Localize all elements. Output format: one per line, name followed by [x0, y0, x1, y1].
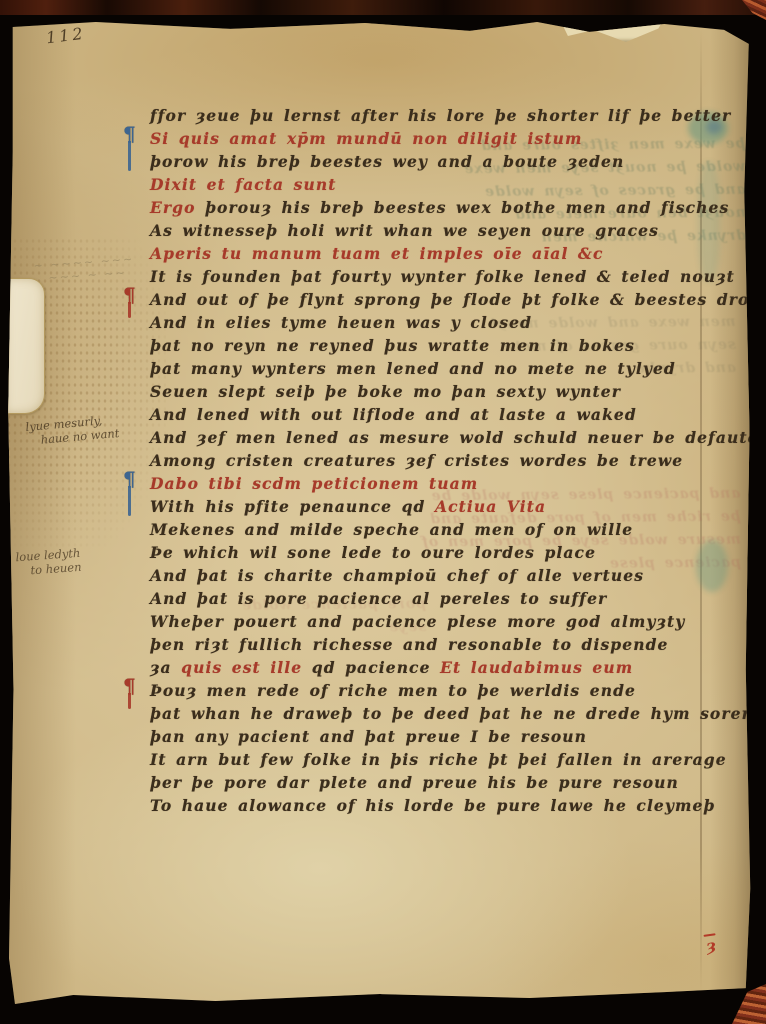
book-binding-edge	[0, 0, 766, 15]
manuscript-line: þer þe pore dar plete and preue his be p…	[150, 771, 734, 794]
text-segment-ink: qd pacience	[312, 658, 440, 677]
manuscript-line: ffor ȝeue þu lernst after his lore þe sh…	[150, 104, 734, 127]
text-segment-ink: And out of þe flynt sprong þe flode þt f…	[150, 290, 766, 309]
manuscript-line: With his pfite penaunce qd Actiua Vita	[150, 495, 734, 518]
manuscript-line: And lened with out liflode and at laste …	[150, 403, 734, 426]
manuscript-page: þe wexe men ȝiftes oure and wolde þe nou…	[6, 12, 754, 1008]
text-segment-ink: þat whan he draweþ to þe deed þat he ne …	[150, 704, 751, 723]
text-segment-ink: To haue alowance of his lorde be pure la…	[150, 796, 715, 815]
manuscript-line: ȝa quis est ille qd pacience Et laudabim…	[150, 656, 734, 679]
manuscript-line: Among cristen creatures ȝef cristes word…	[150, 449, 734, 472]
text-segment-ink: And þat is charite champioū chef of alle…	[150, 566, 644, 585]
text-segment-red: Dabo tibi scdm peticionem tuam	[150, 474, 478, 493]
manuscript-line: ¶Dabo tibi scdm peticionem tuam	[150, 472, 734, 495]
manuscript-line: þen riȝt fullich richesse and resonable …	[150, 633, 734, 656]
text-segment-ink: þorouȝ his breþ beestes wex bothe men an…	[205, 198, 729, 217]
parchment-tear	[554, 12, 670, 42]
manuscript-line: ¶Si quis amat xp̄m mundū non diligit ist…	[150, 127, 734, 150]
text-segment-ink: With his pfite penaunce qd	[150, 497, 435, 516]
cover-fabric-bottom-right	[732, 984, 766, 1024]
manuscript-line: And in elies tyme heuen was y closed	[150, 311, 734, 334]
manuscript-line: Aperis tu manum tuam et imples oīe aīal …	[150, 242, 734, 265]
blue-paraph-icon: ¶	[123, 124, 137, 144]
manuscript-line: ¶Þouȝ men rede of riche men to þe werldi…	[150, 679, 734, 702]
text-segment-ink: ȝa	[150, 658, 181, 677]
text-segment-ink: It is founden þat fourty wynter folke le…	[150, 267, 735, 286]
red-paraph-icon: ¶	[123, 285, 137, 305]
text-segment-ink: And ȝef men lened as mesure wold schuld …	[150, 428, 759, 447]
text-segment-ink: ffor ȝeue þu lernst after his lore þe sh…	[150, 106, 731, 125]
manuscript-line: þat no reyn ne reyned þus wratte men in …	[150, 334, 734, 357]
manuscript-line: Dixit et facta sunt	[150, 173, 734, 196]
text-segment-ink: þat no reyn ne reyned þus wratte men in …	[150, 336, 635, 355]
text-segment-red: quis est ille	[181, 658, 312, 677]
parchment-repair-patch	[6, 278, 45, 414]
manuscript-line: As witnesseþ holi writ whan we seyen our…	[150, 219, 734, 242]
manuscript-line: þat many wynters men lened and no mete n…	[150, 357, 734, 380]
manuscript-line: Seuen slept seiþ þe boke mo þan sexty wy…	[150, 380, 734, 403]
manuscript-line: Wheþer pouert and pacience plese more go…	[150, 610, 734, 633]
manuscript-line: It is founden þat fourty wynter folke le…	[150, 265, 734, 288]
manuscript-line: þan any pacient and þat preue I be resou…	[150, 725, 734, 748]
text-segment-ink: þer þe pore dar plete and preue his be p…	[150, 773, 679, 792]
text-segment-ink: þorow his breþ beestes wey and a boute ȝ…	[150, 152, 624, 171]
marginal-note-ledyth: loue ledyth to heuen	[15, 546, 82, 578]
quire-signature-mark: ȝ	[705, 935, 717, 955]
manuscript-line: ¶And out of þe flynt sprong þe flode þt …	[150, 288, 734, 311]
text-segment-ink: And lened with out liflode and at laste …	[150, 405, 637, 424]
text-segment-ink: þan any pacient and þat preue I be resou…	[150, 727, 587, 746]
folio-number: 112	[45, 24, 87, 48]
manuscript-line: And þat is pore pacience al pereles to s…	[150, 587, 734, 610]
text-segment-red: Et laudabimus eum	[440, 658, 633, 677]
text-segment-red: Aperis tu manum tuam et imples oīe aīal …	[150, 244, 604, 263]
manuscript-line: Þe which wil sone lede to oure lordes pl…	[150, 541, 734, 564]
red-paraph-icon: ¶	[123, 676, 137, 696]
text-segment-ink: þen riȝt fullich richesse and resonable …	[150, 635, 668, 654]
text-segment-red: Ergo	[150, 198, 205, 217]
text-segment-ink: Seuen slept seiþ þe boke mo þan sexty wy…	[150, 382, 621, 401]
manuscript-line: And ȝef men lened as mesure wold schuld …	[150, 426, 734, 449]
manuscript-line: þorow his breþ beestes wey and a boute ȝ…	[150, 150, 734, 173]
text-segment-ink: Þouȝ men rede of riche men to þe werldis…	[150, 681, 636, 700]
text-segment-ink: Þe which wil sone lede to oure lordes pl…	[150, 543, 596, 562]
text-segment-ink: And in elies tyme heuen was y closed	[150, 313, 532, 332]
text-segment-ink: Wheþer pouert and pacience plese more go…	[150, 612, 685, 631]
blue-paraph-icon: ¶	[123, 469, 137, 489]
manuscript-line: It arn but few folke in þis riche þt þei…	[150, 748, 734, 771]
text-segment-red: Si quis amat xp̄m mundū non diligit istu…	[150, 129, 582, 148]
manuscript-line: And þat is charite champioū chef of alle…	[150, 564, 734, 587]
text-segment-ink: Mekenes and milde speche and men of on w…	[150, 520, 633, 539]
text-segment-ink: It arn but few folke in þis riche þt þei…	[150, 750, 727, 769]
manuscript-line: þat whan he draweþ to þe deed þat he ne …	[150, 702, 734, 725]
text-segment-ink: As witnesseþ holi writ whan we seyen our…	[150, 221, 659, 240]
manuscript-line: Ergo þorouȝ his breþ beestes wex bothe m…	[150, 196, 734, 219]
text-segment-ink: Among cristen creatures ȝef cristes word…	[150, 451, 683, 470]
text-segment-ink: And þat is pore pacience al pereles to s…	[150, 589, 607, 608]
text-segment-red: Dixit et facta sunt	[150, 175, 337, 194]
text-segment-red: Actiua Vita	[435, 497, 546, 516]
manuscript-line: To haue alowance of his lorde be pure la…	[150, 794, 734, 817]
text-segment-ink: þat many wynters men lened and no mete n…	[150, 359, 676, 378]
text-block: ffor ȝeue þu lernst after his lore þe sh…	[150, 104, 734, 817]
manuscript-line: Mekenes and milde speche and men of on w…	[150, 518, 734, 541]
